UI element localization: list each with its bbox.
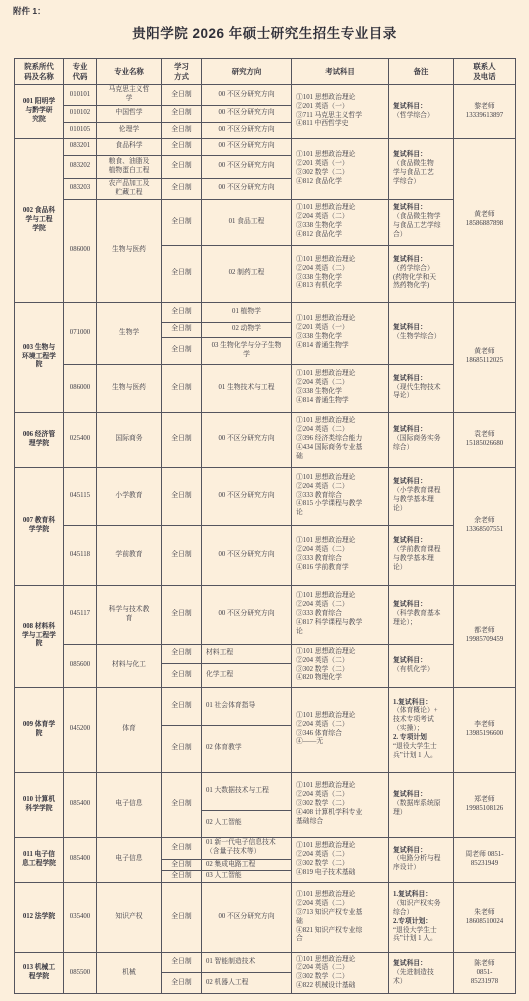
direction-cell: 02 动物学: [202, 322, 292, 337]
direction-cell: 01 新一代电子信息技术（含量子技术等）: [202, 837, 292, 859]
exam-subjects-cell: ①101 思想政治理论②204 英语（二）③302 数学（二）④822 机械设计…: [292, 953, 389, 994]
exam-subjects-cell: ①101 思想政治理论②204 英语（二）③333 教育综合④817 科学课程与…: [292, 585, 389, 644]
notes-cell: 复试科目：（数据库系统原理）: [389, 772, 454, 837]
study-mode-cell: 全日制: [162, 412, 202, 467]
contact-cell: 陈老师0851-85231978: [454, 953, 516, 994]
document-page: 附件 1： 贵阳学院 2026 年硕士研究生招生专业目录 院系所代码及名称专业代…: [0, 0, 529, 994]
direction-cell: 化学工程: [202, 663, 292, 687]
exam-subjects-cell: ①101 思想政治理论②201 英语（一）③338 生物化学④814 普通生物学: [292, 302, 389, 364]
major-name-cell: 马克思主义哲学: [97, 85, 162, 106]
table-row: 010 计算机科学学院085400电子信息全日制01 大数据技术与工程①101 …: [15, 772, 516, 810]
major-name-cell: 生物学: [97, 302, 162, 364]
major-code-cell: 025400: [64, 412, 97, 467]
major-code-cell: 085400: [64, 837, 97, 883]
direction-cell: 00 不区分研究方向: [202, 412, 292, 467]
direction-cell: 01 植物学: [202, 302, 292, 322]
exam-subjects-cell: ①101 思想政治理论②204 英语（二）③333 教育综合④816 学前教育学: [292, 525, 389, 585]
exam-subjects-cell: ①101 思想政治理论②204 英语（二）③713 知识产权专业基础④821 知…: [292, 883, 389, 953]
study-mode-cell: 全日制: [162, 467, 202, 525]
major-name-cell: 中国哲学: [97, 105, 162, 122]
exam-subjects-cell: ①101 思想政治理论②204 英语（二）③338 生物化学④812 食品化学: [292, 199, 389, 245]
table-row: 085600材料与化工全日制材料工程①101 思想政治理论②204 英语（二）③…: [15, 644, 516, 663]
column-header: 考试科目: [292, 59, 389, 85]
table-row: 007 教育科学学院045115小学教育全日制00 不区分研究方向①101 思想…: [15, 467, 516, 525]
table-body: 001 阳明学与黔学研究院010101马克思主义哲学全日制00 不区分研究方向①…: [15, 85, 516, 994]
study-mode-cell: 全日制: [162, 245, 202, 302]
major-code-cell: 045117: [64, 585, 97, 644]
study-mode-cell: 全日制: [162, 772, 202, 837]
study-mode-cell: 全日制: [162, 837, 202, 859]
contact-cell: 黄老师18586887898: [454, 138, 516, 302]
table-row: 009 体育学院045200体育全日制01 社会体育指导①101 思想政治理论②…: [15, 687, 516, 725]
study-mode-cell: 全日制: [162, 138, 202, 155]
notes-cell: 1.复试科目：（体育概论）+技术专项考试（实操）；2. 专项计划“退役大学生士兵…: [389, 687, 454, 772]
college-cell: 012 法学院: [15, 883, 64, 953]
direction-cell: 02 人工智能: [202, 810, 292, 837]
major-code-cell: 085400: [64, 772, 97, 837]
major-name-cell: 小学教育: [97, 467, 162, 525]
study-mode-cell: 全日制: [162, 122, 202, 138]
major-code-cell: 086000: [64, 199, 97, 302]
major-name-cell: 食品科学: [97, 138, 162, 155]
column-header: 专业名称: [97, 59, 162, 85]
direction-cell: 00 不区分研究方向: [202, 883, 292, 953]
major-name-cell: 生物与医药: [97, 364, 162, 412]
contact-cell: 黄老师18685112025: [454, 302, 516, 412]
contact-cell: 朱老师18608510024: [454, 883, 516, 953]
notes-cell: 复试科目：（哲学综合）: [389, 85, 454, 139]
notes-cell: 复试科目：（先进制造技术）: [389, 953, 454, 994]
study-mode-cell: 全日制: [162, 687, 202, 725]
study-mode-cell: 全日制: [162, 178, 202, 199]
notes-cell: 复试科目：（食品微生物学与食品工艺学综合）: [389, 138, 454, 199]
exam-subjects-cell: ①101 思想政治理论②204 英语（二）③302 数学（二）④819 电子技术…: [292, 837, 389, 883]
table-row: 086000生物与医药全日制01 生物技术与工程①101 思想政治理论②204 …: [15, 364, 516, 412]
direction-cell: 00 不区分研究方向: [202, 122, 292, 138]
major-code-cell: 045118: [64, 525, 97, 585]
exam-subjects-cell: ①101 思想政治理论②204 英语（二）③302 数学（二）④408 计算机学…: [292, 772, 389, 837]
notes-cell: 复试科目：（药学综合）(药物化学和天然药物化学): [389, 245, 454, 302]
major-name-cell: 机械: [97, 953, 162, 994]
major-name-cell: 材料与化工: [97, 644, 162, 687]
notes-cell: 复试科目：（学前教育课程与教学基本理论）: [389, 525, 454, 585]
direction-cell: 01 智能制造技术: [202, 953, 292, 973]
contact-cell: 黎老师13339613897: [454, 85, 516, 139]
notes-cell: 复试科目：（科学教育基本理论）；: [389, 585, 454, 644]
direction-cell: 01 食品工程: [202, 199, 292, 245]
major-code-cell: 071000: [64, 302, 97, 364]
major-code-cell: 083202: [64, 155, 97, 178]
direction-cell: 02 机器人工程: [202, 973, 292, 994]
study-mode-cell: 全日制: [162, 585, 202, 644]
table-row: 001 阳明学与黔学研究院010101马克思主义哲学全日制00 不区分研究方向①…: [15, 85, 516, 106]
notes-cell: 1.复试科目：（知识产权实务综合）2.专项计划：“退役大学生士兵”计划 1 人。: [389, 883, 454, 953]
exam-subjects-cell: ①101 思想政治理论②201 英语（一）③302 数学（二）④812 食品化学: [292, 138, 389, 199]
notes-cell: 复试科目：（生物学综合）: [389, 302, 454, 364]
table-row: 011 电子信息工程学院085400电子信息全日制01 新一代电子信息技术（含量…: [15, 837, 516, 859]
major-code-cell: 045200: [64, 687, 97, 772]
major-code-cell: 085500: [64, 953, 97, 994]
direction-cell: 00 不区分研究方向: [202, 467, 292, 525]
study-mode-cell: 全日制: [162, 337, 202, 364]
direction-cell: 02 集成电路工程: [202, 859, 292, 871]
study-mode-cell: 全日制: [162, 883, 202, 953]
study-mode-cell: 全日制: [162, 644, 202, 663]
direction-cell: 00 不区分研究方向: [202, 178, 292, 199]
direction-cell: 00 不区分研究方向: [202, 155, 292, 178]
table-row: 008 材料科学与工程学院045117科学与技术教育全日制00 不区分研究方向①…: [15, 585, 516, 644]
exam-subjects-cell: ①101 思想政治理论②204 英语（二）③333 教育综合④815 小学课程与…: [292, 467, 389, 525]
table-row: 086000生物与医药全日制01 食品工程①101 思想政治理论②204 英语（…: [15, 199, 516, 245]
major-code-cell: 010102: [64, 105, 97, 122]
page-title: 贵阳学院 2026 年硕士研究生招生专业目录: [0, 0, 529, 42]
column-header: 专业代码: [64, 59, 97, 85]
study-mode-cell: 全日制: [162, 199, 202, 245]
study-mode-cell: 全日制: [162, 155, 202, 178]
table-row: 002 食品科学与工程学院083201食品科学全日制00 不区分研究方向①101…: [15, 138, 516, 155]
table-row: 045118学前教育全日制00 不区分研究方向①101 思想政治理论②204 英…: [15, 525, 516, 585]
direction-cell: 03 生物化学与分子生物学: [202, 337, 292, 364]
major-name-cell: 粮食、油脂及植物蛋白工程: [97, 155, 162, 178]
college-cell: 013 机械工程学院: [15, 953, 64, 994]
direction-cell: 00 不区分研究方向: [202, 525, 292, 585]
major-name-cell: 电子信息: [97, 772, 162, 837]
notes-cell: 复试科目：（小学教育课程与教学基本理论）: [389, 467, 454, 525]
study-mode-cell: 全日制: [162, 525, 202, 585]
contact-cell: 郑老师19985108126: [454, 772, 516, 837]
major-name-cell: 科学与技术教育: [97, 585, 162, 644]
direction-cell: 00 不区分研究方向: [202, 138, 292, 155]
college-cell: 011 电子信息工程学院: [15, 837, 64, 883]
notes-cell: 复试科目：（有机化学）: [389, 644, 454, 687]
study-mode-cell: 全日制: [162, 364, 202, 412]
direction-cell: 02 体育教学: [202, 725, 292, 772]
college-cell: 002 食品科学与工程学院: [15, 138, 64, 302]
exam-subjects-cell: ①101 思想政治理论②204 英语（二）③338 生物化学④814 普通生物学: [292, 364, 389, 412]
major-name-cell: 体育: [97, 687, 162, 772]
direction-cell: 00 不区分研究方向: [202, 85, 292, 106]
college-cell: 009 体育学院: [15, 687, 64, 772]
notes-cell: 复试科目：（现代生物技术导论）: [389, 364, 454, 412]
major-name-cell: 知识产权: [97, 883, 162, 953]
college-cell: 007 教育科学学院: [15, 467, 64, 585]
table-head-row: 院系所代码及名称专业代码专业名称学习方式研究方向考试科目备注联系人及电话: [15, 59, 516, 85]
column-header: 院系所代码及名称: [15, 59, 64, 85]
major-code-cell: 010105: [64, 122, 97, 138]
direction-cell: 01 社会体育指导: [202, 687, 292, 725]
contact-cell: 周老师 0851-85231949: [454, 837, 516, 883]
table-row: 012 法学院035400知识产权全日制00 不区分研究方向①101 思想政治理…: [15, 883, 516, 953]
column-header: 学习方式: [162, 59, 202, 85]
direction-cell: 03 人工智能: [202, 871, 292, 883]
direction-cell: 01 生物技术与工程: [202, 364, 292, 412]
direction-cell: 00 不区分研究方向: [202, 585, 292, 644]
contact-cell: 余老师13368507551: [454, 467, 516, 585]
study-mode-cell: 全日制: [162, 725, 202, 772]
contact-cell: 都老师19985709459: [454, 585, 516, 687]
study-mode-cell: 全日制: [162, 663, 202, 687]
study-mode-cell: 全日制: [162, 973, 202, 994]
college-cell: 006 经济管理学院: [15, 412, 64, 467]
direction-cell: 00 不区分研究方向: [202, 105, 292, 122]
study-mode-cell: 全日制: [162, 322, 202, 337]
exam-subjects-cell: ①101 思想政治理论②204 英语（二）③338 生物化学④813 有机化学: [292, 245, 389, 302]
exam-subjects-cell: ①101 思想政治理论②201 英语（一）③711 马克思主义哲学④811 中西…: [292, 85, 389, 139]
major-code-cell: 083201: [64, 138, 97, 155]
major-code-cell: 010101: [64, 85, 97, 106]
notes-cell: 复试科目：（电路分析与程序设计）: [389, 837, 454, 883]
college-cell: 008 材料科学与工程学院: [15, 585, 64, 687]
exam-subjects-cell: ①101 思想政治理论②204 英语（二）③302 数学（二）④820 物理化学: [292, 644, 389, 687]
major-code-cell: 085600: [64, 644, 97, 687]
major-name-cell: 生物与医药: [97, 199, 162, 302]
college-cell: 001 阳明学与黔学研究院: [15, 85, 64, 139]
college-cell: 003 生物与环境工程学院: [15, 302, 64, 412]
attachment-label: 附件 1：: [13, 5, 46, 17]
notes-cell: 复试科目：（国际商务实务综合）: [389, 412, 454, 467]
major-name-cell: 国际商务: [97, 412, 162, 467]
notes-cell: 复试科目：（食品微生物学与食品工艺学综合）: [389, 199, 454, 245]
exam-subjects-cell: ①101 思想政治理论②204 英语（二）③396 经济类综合能力④434 国际…: [292, 412, 389, 467]
major-code-cell: 045115: [64, 467, 97, 525]
major-name-cell: 学前教育: [97, 525, 162, 585]
contact-cell: 李老师13985196600: [454, 687, 516, 772]
column-header: 备注: [389, 59, 454, 85]
table-row: 013 机械工程学院085500机械全日制01 智能制造技术①101 思想政治理…: [15, 953, 516, 973]
contact-cell: 袁老师15185026680: [454, 412, 516, 467]
study-mode-cell: 全日制: [162, 85, 202, 106]
column-header: 研究方向: [202, 59, 292, 85]
direction-cell: 材料工程: [202, 644, 292, 663]
major-name-cell: 农产品加工及贮藏工程: [97, 178, 162, 199]
exam-subjects-cell: ①101 思想政治理论②204 英语（二）③346 体育综合④——无: [292, 687, 389, 772]
major-code-cell: 035400: [64, 883, 97, 953]
direction-cell: 02 制药工程: [202, 245, 292, 302]
major-code-cell: 086000: [64, 364, 97, 412]
study-mode-cell: 全日制: [162, 302, 202, 322]
table-row: 003 生物与环境工程学院071000生物学全日制01 植物学①101 思想政治…: [15, 302, 516, 322]
study-mode-cell: 全日制: [162, 953, 202, 973]
major-name-cell: 伦理学: [97, 122, 162, 138]
major-name-cell: 电子信息: [97, 837, 162, 883]
study-mode-cell: 全日制: [162, 871, 202, 883]
college-cell: 010 计算机科学学院: [15, 772, 64, 837]
catalog-table: 院系所代码及名称专业代码专业名称学习方式研究方向考试科目备注联系人及电话 001…: [14, 58, 516, 994]
table-row: 006 经济管理学院025400国际商务全日制00 不区分研究方向①101 思想…: [15, 412, 516, 467]
major-code-cell: 083203: [64, 178, 97, 199]
study-mode-cell: 全日制: [162, 859, 202, 871]
study-mode-cell: 全日制: [162, 105, 202, 122]
column-header: 联系人及电话: [454, 59, 516, 85]
direction-cell: 01 大数据技术与工程: [202, 772, 292, 810]
